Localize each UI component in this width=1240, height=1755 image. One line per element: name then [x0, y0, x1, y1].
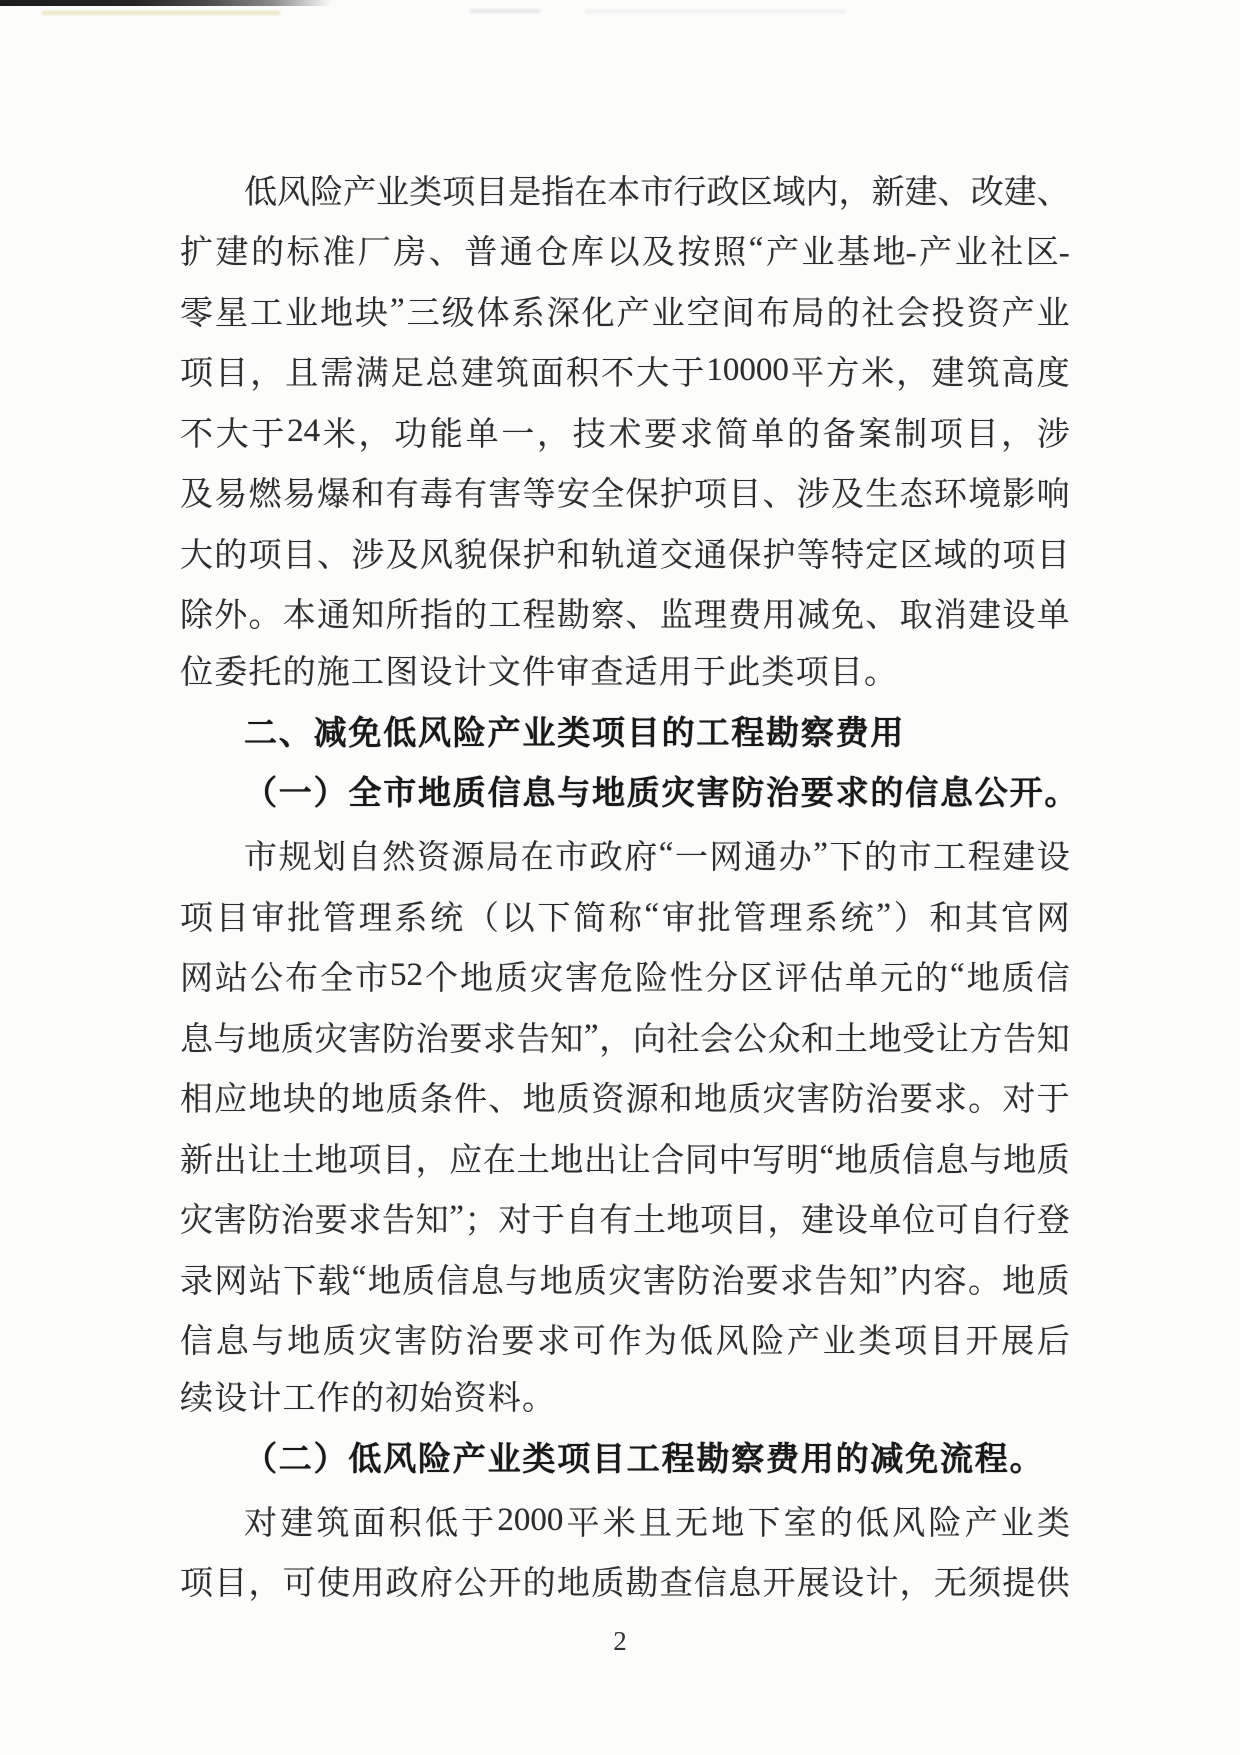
text-line: 市规划自然资源局在市政府“一网通办”下的市工程建设	[180, 825, 1070, 886]
text-line: 相应地块的地质条件、地质资源和地质灾害防治要求。对于	[180, 1067, 1070, 1128]
scan-smudge-artifact-3	[585, 10, 845, 13]
heading-line: （二）低风险产业类项目工程勘察费用的减免流程。	[180, 1430, 1070, 1491]
text-line: 及易燃易爆和有毒有害等安全保护项目、涉及生态环境影响	[180, 462, 1070, 523]
text-line: 新出让土地项目，应在土地出让合同中写明“地质信息与地质	[180, 1127, 1070, 1188]
text-line: 信息与地质灾害防治要求可作为低风险产业类项目开展后	[180, 1309, 1070, 1370]
scan-edge-artifact	[0, 0, 332, 6]
text-line: 项目，可使用政府公开的地质勘查信息开展设计，无须提供	[180, 1551, 1070, 1612]
text-line: 息与地质灾害防治要求告知”，向社会公众和土地受让方告知	[180, 1006, 1070, 1067]
text-line: 大的项目、涉及风貌保护和轨道交通保护等特定区域的项目	[180, 522, 1070, 583]
text-line: 对建筑面积低于2000平米且无地下室的低风险产业类	[180, 1490, 1070, 1551]
page-number: 2	[0, 1621, 1240, 1661]
text-line: 零星工业地块”三级体系深化产业空间布局的社会投资产业	[180, 280, 1070, 341]
text-line: 续设计工作的初始资料。	[180, 1369, 1070, 1430]
scanned-document-page: 低风险产业类项目是指在本市行政区域内，新建、改建、扩建的标准厂房、普通仓库以及按…	[0, 0, 1240, 1755]
text-line: 除外。本通知所指的工程勘察、监理费用减免、取消建设单	[180, 583, 1070, 644]
text-line: 录网站下载“地质信息与地质灾害防治要求告知”内容。地质	[180, 1248, 1070, 1309]
document-body: 低风险产业类项目是指在本市行政区域内，新建、改建、扩建的标准厂房、普通仓库以及按…	[180, 159, 1070, 1611]
text-line: 灾害防治要求告知”；对于自有土地项目，建设单位可自行登	[180, 1188, 1070, 1249]
text-line: 不大于24米，功能单一，技术要求简单的备案制项目，涉	[180, 401, 1070, 462]
heading-line: （一）全市地质信息与地质灾害防治要求的信息公开。	[180, 764, 1070, 825]
text-line: 低风险产业类项目是指在本市行政区域内，新建、改建、	[180, 159, 1070, 220]
text-line: 项目，且需满足总建筑面积不大于10000平方米，建筑高度	[180, 341, 1070, 402]
text-line: 位委托的施工图设计文件审查适用于此类项目。	[180, 643, 1070, 704]
scan-smudge-artifact	[42, 11, 280, 15]
text-line: 扩建的标准厂房、普通仓库以及按照“产业基地-产业社区-	[180, 220, 1070, 281]
text-line: 网站公布全市52个地质灾害危险性分区评估单元的“地质信	[180, 946, 1070, 1007]
text-line: 项目审批管理系统（以下简称“审批管理系统”）和其官网	[180, 885, 1070, 946]
heading-line: 二、减免低风险产业类项目的工程勘察费用	[180, 704, 1070, 765]
scan-smudge-artifact-2	[470, 9, 540, 13]
